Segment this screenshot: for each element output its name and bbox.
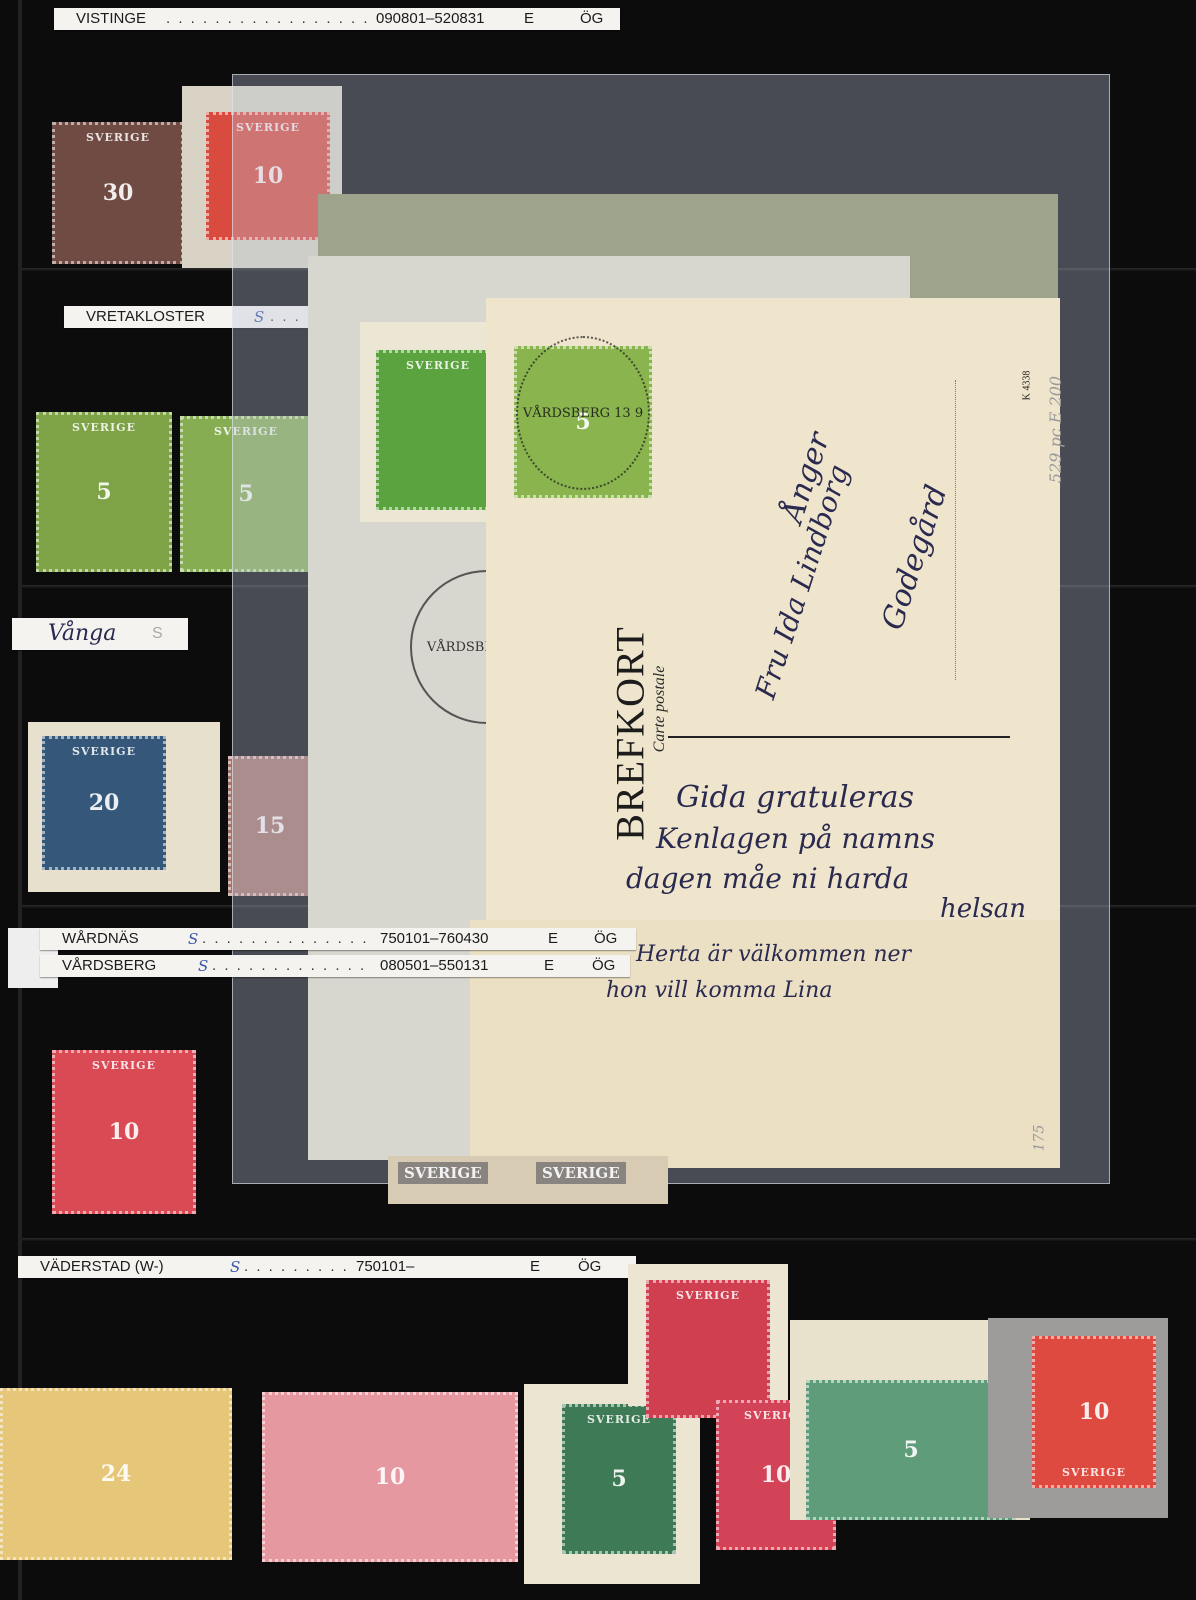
postcard-subtitle: Carte postale	[651, 609, 669, 809]
message-line: helsan	[940, 894, 1026, 924]
label-wardnas: WÅRDNÄS S . . . . . . . . . . . . . . 75…	[40, 928, 636, 950]
postcard-postmark: VÅRDSBERG 13 9	[516, 336, 650, 490]
stamp-10-ore-official: 10	[262, 1392, 518, 1562]
stamp-20-ore-blue: SVERIGE 20	[42, 736, 166, 870]
page-edge	[18, 0, 22, 1600]
label-vistinge: VISTINGE . . . . . . . . . . . . . . . .…	[54, 8, 620, 30]
postcard-heading: BREFKORT Carte postale	[590, 620, 650, 860]
stamp-24-ore-official: 24	[0, 1388, 232, 1560]
pencil-note: 529 pc E 200	[1046, 376, 1065, 483]
sverige-strip: SVERIGE SVERIGE	[388, 1156, 668, 1204]
stamp-5-ore-green: SVERIGE 5	[36, 412, 172, 572]
stamp-10-ore-red: SVERIGE 10	[52, 1050, 196, 1214]
message-line: hon vill komma Lina	[606, 978, 832, 1003]
message-line: dagen måe ni harda	[626, 862, 909, 895]
label-vaderstad: VÄDERSTAD (W-) S . . . . . . . . . 75010…	[18, 1256, 636, 1278]
stamp-30-ore: SVERIGE 30	[52, 122, 184, 264]
postcard-title: BREFKORT	[607, 614, 654, 854]
stamp-10-ore-red: SVERIGE 10	[1032, 1336, 1156, 1488]
stamp-5-ore-dark-green: SVERIGE 5	[562, 1404, 676, 1554]
label-vanga: Vånga S	[12, 618, 188, 650]
strip-divider	[20, 1238, 1196, 1241]
pencil-note: 175	[1031, 1125, 1047, 1152]
stamp-10-ore-red: SVERIGE	[646, 1280, 770, 1418]
stamp-5-ore-official: 5	[806, 1380, 1016, 1520]
dotted-rule	[955, 380, 956, 680]
label-vardsberg: VÅRDSBERG S . . . . . . . . . . . . . 08…	[40, 955, 630, 977]
address-rule	[668, 736, 1010, 738]
cover-stamp: SVERIGE	[376, 350, 500, 510]
message-line: Herta är välkommen ner	[636, 942, 911, 967]
print-code: K 4338	[1021, 371, 1032, 401]
message-line: Kenlagen på namns	[656, 822, 935, 855]
message-line: Gida gratuleras	[676, 780, 914, 815]
